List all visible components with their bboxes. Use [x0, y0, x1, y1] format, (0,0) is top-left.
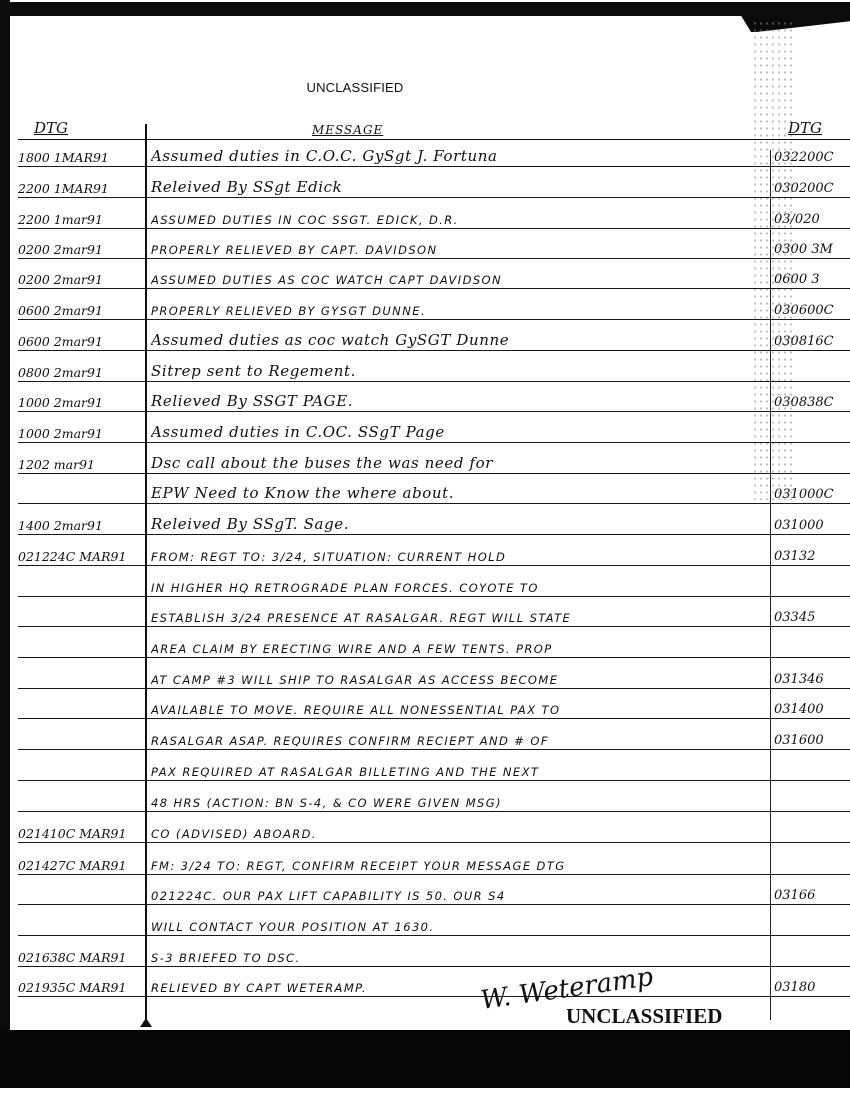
- header-message: MESSAGE: [312, 123, 383, 137]
- log-row: 021935C MAR91RELIEVED BY CAPT WETERAMP.0…: [18, 970, 850, 997]
- row-message: ASSUMED DUTIES AS COC WATCH CAPT DAVIDSO…: [151, 273, 771, 287]
- row-dtg: 021638C MAR91: [18, 950, 146, 965]
- row-message: AT CAMP #3 WILL SHIP TO RASALGAR AS ACCE…: [151, 673, 771, 687]
- row-ref: 032200C: [774, 150, 850, 165]
- header-dtg: DTG: [34, 119, 68, 137]
- row-message: Assumed duties in C.OC. SSgT Page: [151, 423, 771, 441]
- row-message: FROM: REGT TO: 3/24, SITUATION: CURRENT …: [151, 550, 771, 564]
- log-row: 1400 2mar91Releived By SSgT. Sage.031000: [18, 508, 850, 535]
- log-row: 021410C MAR91CO (ADVISED) ABOARD.: [18, 816, 850, 843]
- row-ref: 0600 3: [774, 272, 850, 287]
- log-row: PAX REQUIRED AT RASALGAR BILLETING AND T…: [18, 754, 850, 781]
- row-dtg: 0600 2mar91: [18, 303, 146, 318]
- log-row: RASALGAR ASAP. REQUIRES CONFIRM RECIEPT …: [18, 723, 850, 750]
- row-message: Relieved By SSGT PAGE.: [151, 392, 771, 410]
- log-row: AT CAMP #3 WILL SHIP TO RASALGAR AS ACCE…: [18, 662, 850, 689]
- log-row: 021224C. OUR PAX LIFT CAPABILITY IS 50. …: [18, 878, 850, 905]
- log-row: WILL CONTACT YOUR POSITION AT 1630.: [18, 909, 850, 936]
- row-ref: 031000C: [774, 487, 850, 502]
- row-message: CO (ADVISED) ABOARD.: [151, 827, 771, 841]
- row-ref: 03180: [774, 980, 850, 995]
- row-dtg: 0200 2mar91: [18, 272, 146, 287]
- row-dtg: 0200 2mar91: [18, 242, 146, 257]
- row-dtg: 021427C MAR91: [18, 858, 146, 873]
- scan-margin-bottom: [0, 1088, 850, 1105]
- log-row: 0200 2mar91PROPERLY RELIEVED BY CAPT. DA…: [18, 232, 850, 259]
- row-message: Dsc call about the buses the was need fo…: [151, 454, 771, 472]
- log-row: AVAILABLE TO MOVE. REQUIRE ALL NONESSENT…: [18, 692, 850, 719]
- row-ref: 03/020: [774, 212, 850, 227]
- row-message: PROPERLY RELIEVED BY CAPT. DAVIDSON: [151, 243, 771, 257]
- log-row: 1800 1MAR91Assumed duties in C.O.C. GySg…: [18, 140, 850, 167]
- header-dtg-right: DTG: [788, 119, 822, 137]
- row-ref: 030838C: [774, 395, 850, 410]
- row-dtg: 0600 2mar91: [18, 334, 146, 349]
- row-message: IN HIGHER HQ RETROGRADE PLAN FORCES. COY…: [151, 581, 771, 595]
- row-message: RELIEVED BY CAPT WETERAMP.: [151, 981, 771, 995]
- classification-marking-bottom: UNCLASSIFIED: [566, 1004, 722, 1029]
- row-message: Assumed duties as coc watch GySGT Dunne: [151, 331, 771, 349]
- log-row: 1000 2mar91Assumed duties in C.OC. SSgT …: [18, 416, 850, 443]
- log-row: EPW Need to Know the where about.031000C: [18, 477, 850, 504]
- row-ref: 031400: [774, 702, 850, 717]
- log-row: 48 HRS (ACTION: BN S-4, & CO WERE GIVEN …: [18, 785, 850, 812]
- row-dtg: 1800 1MAR91: [18, 150, 146, 165]
- row-ref: 03345: [774, 610, 850, 625]
- row-message: Assumed duties in C.O.C. GySgt J. Fortun…: [151, 147, 771, 165]
- row-ref: 031346: [774, 672, 850, 687]
- row-ref: 0300 3M: [774, 242, 850, 257]
- log-row: 021224C MAR91FROM: REGT TO: 3/24, SITUAT…: [18, 539, 850, 566]
- scan-edge-top: [8, 2, 850, 16]
- row-dtg: 021410C MAR91: [18, 826, 146, 841]
- row-message: S-3 BRIEFED TO DSC.: [151, 951, 771, 965]
- row-ref: 031600: [774, 733, 850, 748]
- log-row: 021638C MAR91S-3 BRIEFED TO DSC.: [18, 940, 850, 967]
- row-ref: 030600C: [774, 303, 850, 318]
- row-ref: 03132: [774, 549, 850, 564]
- row-ref: 031000: [774, 518, 850, 533]
- log-row: IN HIGHER HQ RETROGRADE PLAN FORCES. COY…: [18, 570, 850, 597]
- row-dtg: 1000 2mar91: [18, 426, 146, 441]
- row-dtg: 021935C MAR91: [18, 980, 146, 995]
- row-message: Sitrep sent to Regement.: [151, 362, 771, 380]
- row-dtg: 0800 2mar91: [18, 365, 146, 380]
- row-dtg: 1202 mar91: [18, 457, 146, 472]
- log-header: DTG MESSAGE DTG: [18, 113, 850, 140]
- scan-edge-bottom: [0, 1030, 850, 1090]
- log-row: 021427C MAR91FM: 3/24 TO: REGT, CONFIRM …: [18, 848, 850, 875]
- row-message: AVAILABLE TO MOVE. REQUIRE ALL NONESSENT…: [151, 703, 771, 717]
- row-message: Releived By SSgT. Sage.: [151, 515, 771, 533]
- row-message: ESTABLISH 3/24 PRESENCE AT RASALGAR. REG…: [151, 611, 771, 625]
- classification-marking-top: UNCLASSIFIED: [0, 80, 710, 95]
- log-row: 0200 2mar91ASSUMED DUTIES AS COC WATCH C…: [18, 262, 850, 289]
- row-message: Releived By SSgt Edick: [151, 178, 771, 196]
- log-row: 2200 1MAR91Releived By SSgt Edick030200C: [18, 171, 850, 198]
- row-ref: 030200C: [774, 181, 850, 196]
- log-row: ESTABLISH 3/24 PRESENCE AT RASALGAR. REG…: [18, 600, 850, 627]
- row-message: FM: 3/24 TO: REGT, CONFIRM RECEIPT YOUR …: [151, 859, 771, 873]
- row-message: 48 HRS (ACTION: BN S-4, & CO WERE GIVEN …: [151, 796, 771, 810]
- scan-edge-left: [0, 0, 10, 1105]
- row-dtg: 1400 2mar91: [18, 518, 146, 533]
- row-message: ASSUMED DUTIES IN COC SSGT. EDICK, D.R.: [151, 213, 771, 227]
- row-message: RASALGAR ASAP. REQUIRES CONFIRM RECIEPT …: [151, 734, 771, 748]
- row-ref: 030816C: [774, 334, 850, 349]
- log-row: 0800 2mar91Sitrep sent to Regement.: [18, 355, 850, 382]
- row-dtg: 1000 2mar91: [18, 395, 146, 410]
- log-row: 0600 2mar91Assumed duties as coc watch G…: [18, 324, 850, 351]
- log-row: 1202 mar91Dsc call about the buses the w…: [18, 447, 850, 474]
- row-dtg: 021224C MAR91: [18, 549, 146, 564]
- row-message: EPW Need to Know the where about.: [151, 484, 771, 502]
- log-row: 2200 1mar91ASSUMED DUTIES IN COC SSGT. E…: [18, 202, 850, 229]
- row-message: 021224C. OUR PAX LIFT CAPABILITY IS 50. …: [151, 889, 771, 903]
- binder-marker-icon: [140, 1018, 152, 1027]
- row-message: PAX REQUIRED AT RASALGAR BILLETING AND T…: [151, 765, 771, 779]
- row-dtg: 2200 1MAR91: [18, 181, 146, 196]
- row-message: AREA CLAIM BY ERECTING WIRE AND A FEW TE…: [151, 642, 771, 656]
- log-row: AREA CLAIM BY ERECTING WIRE AND A FEW TE…: [18, 631, 850, 658]
- row-message: WILL CONTACT YOUR POSITION AT 1630.: [151, 920, 771, 934]
- row-ref: 03166: [774, 888, 850, 903]
- row-message: PROPERLY RELIEVED BY GYSGT DUNNE.: [151, 304, 771, 318]
- log-row: 0600 2mar91PROPERLY RELIEVED BY GYSGT DU…: [18, 293, 850, 320]
- log-row: 1000 2mar91Relieved By SSGT PAGE.030838C: [18, 385, 850, 412]
- row-dtg: 2200 1mar91: [18, 212, 146, 227]
